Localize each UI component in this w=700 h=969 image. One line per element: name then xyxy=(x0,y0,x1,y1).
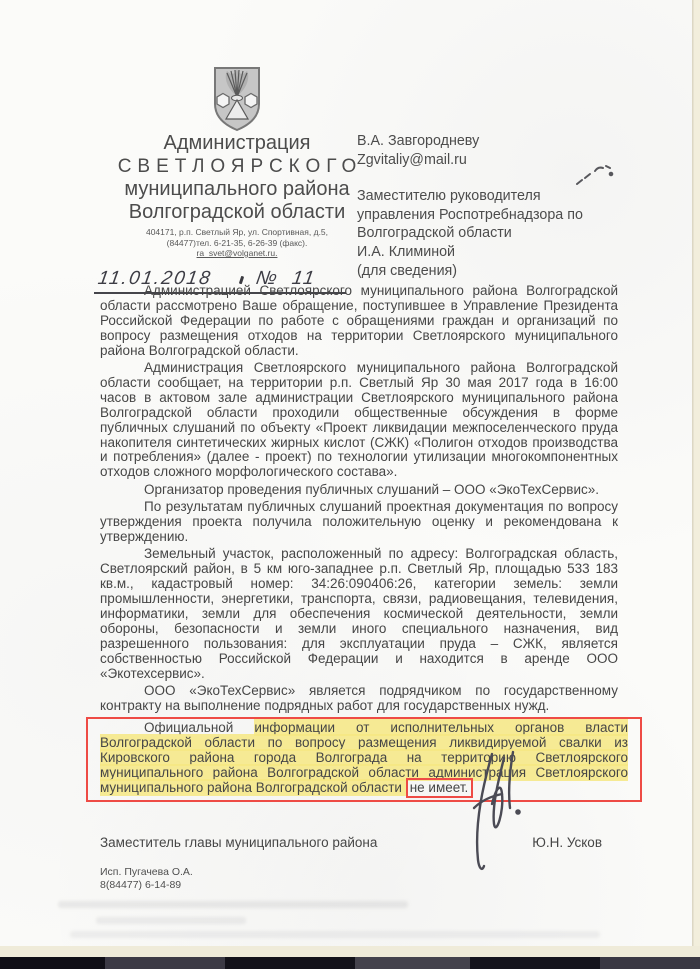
letter-paragraph: ООО «ЭкоТехСервис» является подрядчиком … xyxy=(100,684,618,714)
letter-body: Администрацией Светлоярского муниципальн… xyxy=(100,284,618,891)
scanned-letter-page: Администрация СВЕТЛОЯРСКОГО муниципально… xyxy=(0,0,700,969)
handwritten-signature-icon xyxy=(458,748,530,880)
letter-paragraph: Земельный участок, расположенный по адре… xyxy=(100,547,618,681)
org-address: 404171, р.п. Светлый Яр, ул. Спортивная,… xyxy=(70,227,404,259)
red-annotation-box: Официальной информации от исполнительных… xyxy=(86,717,642,803)
org-email: ra_svet@volganet.ru. xyxy=(70,248,404,259)
letterhead-block: Администрация СВЕТЛОЯРСКОГО муниципально… xyxy=(70,66,404,294)
org-name-line-3: муниципального района xyxy=(70,178,404,201)
coat-of-arms-icon xyxy=(212,66,262,132)
executor-phone: 8(84477) 6-14-89 xyxy=(100,879,618,892)
recipient-cc-line: (для сведения) xyxy=(357,262,642,281)
signer-position: Заместитель главы муниципального района xyxy=(100,836,377,851)
org-address-line-1: 404171, р.п. Светлый Яр, ул. Спортивная,… xyxy=(70,227,404,238)
executor-block: Исп. Пугачева О.А. 8(84477) 6-14-89 xyxy=(100,866,618,891)
bleedthrough-text-line xyxy=(58,901,408,908)
pen-scribble-icon xyxy=(573,158,617,192)
org-name-line-1: Администрация xyxy=(70,132,404,155)
letter-paragraph: Администрацией Светлоярского муниципальн… xyxy=(100,284,618,359)
annotation-lead-text: Официальной xyxy=(144,720,254,735)
letter-paragraph: По результатам публичных слушаний проект… xyxy=(100,500,618,545)
signature-row: Заместитель главы муниципального района … xyxy=(100,836,618,851)
org-name-line-2: СВЕТЛОЯРСКОГО xyxy=(70,155,404,178)
signer-name: Ю.Н. Усков xyxy=(532,836,602,851)
scan-dark-strip-bottom xyxy=(0,957,700,969)
org-name-line-4: Волгоградской области xyxy=(70,201,404,224)
org-address-line-2: (84477)тел. 6-21-35, 6-26-39 (факс). xyxy=(70,238,404,249)
bleedthrough-text-line xyxy=(70,931,600,938)
recipient-cc-line: Волгоградской области xyxy=(357,224,642,243)
recipient-name: В.А. Завгородневу xyxy=(357,132,642,151)
scan-paper-edge-right xyxy=(692,0,700,969)
scan-paper-edge-bottom xyxy=(0,946,700,957)
recipient-block: В.А. Завгородневу Zgvitaliy@mail.ru Заме… xyxy=(357,132,642,280)
bleedthrough-text-line xyxy=(96,917,246,924)
letter-paragraph: Организатор проведения публичных слушани… xyxy=(100,483,618,498)
executor-name: Исп. Пугачева О.А. xyxy=(100,866,618,879)
recipient-cc-line: И.А. Климиной xyxy=(357,243,642,262)
letter-paragraph: Администрация Светлоярского муниципально… xyxy=(100,361,618,480)
recipient-cc-line: управления Роспотребнадзора по xyxy=(357,206,642,225)
